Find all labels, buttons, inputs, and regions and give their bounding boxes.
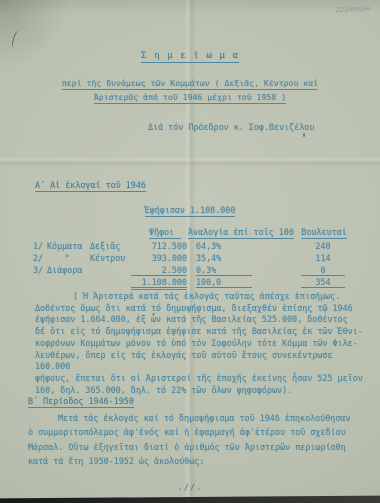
percentage-value: 0,3% (196, 265, 252, 276)
note-line: Δοθέντος ὅμως ὅτι κατά τό δημοψήφισμα, δ… (35, 303, 371, 315)
party-word-2: Κέντρου (90, 253, 125, 263)
percentage-value: 64,3% (196, 241, 252, 251)
pen-mark (11, 29, 22, 48)
column-header-deputies: Βουλευταί (301, 227, 347, 239)
paragraph-line: Μετά τάς ἐκλογάς καί τό δημοψήφισμα τοῦ … (28, 411, 374, 425)
total-votes: 1.108.000 (131, 277, 187, 290)
title-row: Σ η μ ε ί ω μ α (0, 50, 380, 61)
scan-edge (0, 496, 380, 503)
seats-value: 0 (301, 265, 345, 276)
addressee-line: Διά τόν Πρόεδρον κ. Σοφ.Βενιζέλου (148, 122, 314, 132)
subject-line-2-row: Ἀριστερᾶς ἀπό τοῦ 1946 μέχρι τοῦ 1958 ) (0, 92, 380, 102)
table-row: 3/ Διάφορα 2.500 0,3% 0 (0, 265, 380, 276)
note-line: 160, δηλ. 365.000, δηλ. τό 22% τῶν ὅλων … (35, 385, 371, 397)
total-percentage: 100,0 (196, 277, 252, 288)
votes-value: 393.000 (131, 253, 187, 263)
paragraph-line: Μάρσαλ. Οὕτω ἐξηγεῖται διατί ὁ ἀριθμός τ… (28, 440, 374, 454)
scanned-memo-page: 222/αν/μω Σ η μ ε ί ω μ α περί τῆς δυνάμ… (0, 0, 380, 503)
table-row: 1/ Κόμματα Δεξιᾶς 712.500 64,3% 240 (0, 241, 380, 252)
seats-value: 114 (301, 253, 345, 263)
section-b-heading-row: Β΄ Περίοδος 1946-1950 (28, 396, 134, 406)
note-line: δέ ὅτι εἰς τό δημοψήφισμα ἐψήφισε κατά τ… (35, 326, 371, 338)
votes-value: 2.500 (131, 265, 187, 276)
section-a-heading-row: Α΄ Αἱ ἐκλογαί τοῦ 1946 (35, 180, 146, 190)
paragraph-line: κατά τά ἔτη 1950-1952 ὡς ἀκολούθως: (28, 454, 374, 468)
table-title: Ἐψήφισαν 1.108.000 (145, 205, 236, 217)
note-line: ἐψήφισαν 1.664.000, ἐξ ὧν κατά τῆς Βασιλ… (35, 314, 371, 326)
note-line: λευθέρων, ὅπερ εἰς τάς ἐκλογάς τοῦ αὐτοῦ… (35, 350, 371, 373)
votes-value: 712.500 (131, 241, 187, 251)
section-a-heading: Α΄ Αἱ ἐκλογαί τοῦ 1946 (35, 180, 146, 192)
table-row: 2/ " Κέντρου 393.000 35,4% 114 (0, 253, 380, 264)
section-b-paragraph: Μετά τάς ἐκλογάς καί τό δημοψήφισμα τοῦ … (28, 411, 374, 469)
table-header-row: Ψῆφοι Ἀναλογία ἐπί τοῖς 100 Βουλευταί (0, 227, 380, 238)
table-total-row: 1.108.000 100,0 354 (0, 277, 380, 288)
column-header-votes: Ψῆφοι (149, 227, 181, 239)
percentage-value: 35,4% (196, 253, 252, 263)
total-seats: 354 (301, 277, 345, 288)
handwritten-reference: 222/αν/μω (335, 4, 370, 14)
continuation-mark: .//. (0, 483, 380, 493)
subject-line-1: περί τῆς δυνάμεως τῶν Κομμάτων ( Δεξιᾶς,… (62, 78, 318, 90)
ditto-mark: " (47, 253, 87, 263)
note-line: ( Ἡ Ἀριστερά κατά τάς ἐκλογάς ταύτας ἀπέ… (35, 291, 371, 303)
subject-line-1-row: περί τῆς δυνάμεως τῶν Κομμάτων ( Δεξιᾶς,… (0, 78, 380, 88)
column-header-percentage: Ἀναλογία ἐπί τοῖς 100 (188, 227, 294, 239)
party-word-1: Κόμματα (47, 241, 87, 251)
note-line: κοφρόνων Κομμάτων μόνον τό ὑπό τόν Σοφού… (35, 338, 371, 350)
row-number: 1/ (33, 241, 43, 251)
table-title-row: Ἐψήφισαν 1.108.000 (0, 205, 380, 215)
section-b-heading: Β΄ Περίοδος 1946-1950 (28, 396, 134, 408)
note-line: ψήφους, ἕπεται ὅτι οἱ Ἀριστεροί τῆς ἐποχ… (35, 373, 371, 385)
document-title: Σ η μ ε ί ω μ α (141, 50, 239, 63)
note-paragraph: ( Ἡ Ἀριστερά κατά τάς ἐκλογάς ταύτας ἀπέ… (35, 291, 371, 396)
paragraph-line: ὁ συμμοριτοπόλεμος ἀφ'ἑνός καί ἡ ἐφαρμογ… (28, 425, 374, 439)
row-number: 3/ (33, 265, 43, 275)
subject-line-2: Ἀριστερᾶς ἀπό τοῦ 1946 μέχρι τοῦ 1958 ) (94, 92, 286, 104)
seats-value: 240 (301, 241, 345, 251)
ink-speck (303, 133, 305, 137)
row-number: 2/ (33, 253, 43, 263)
party-word-2: Δεξιᾶς (90, 241, 120, 251)
party-word-1: Διάφορα (47, 265, 87, 275)
